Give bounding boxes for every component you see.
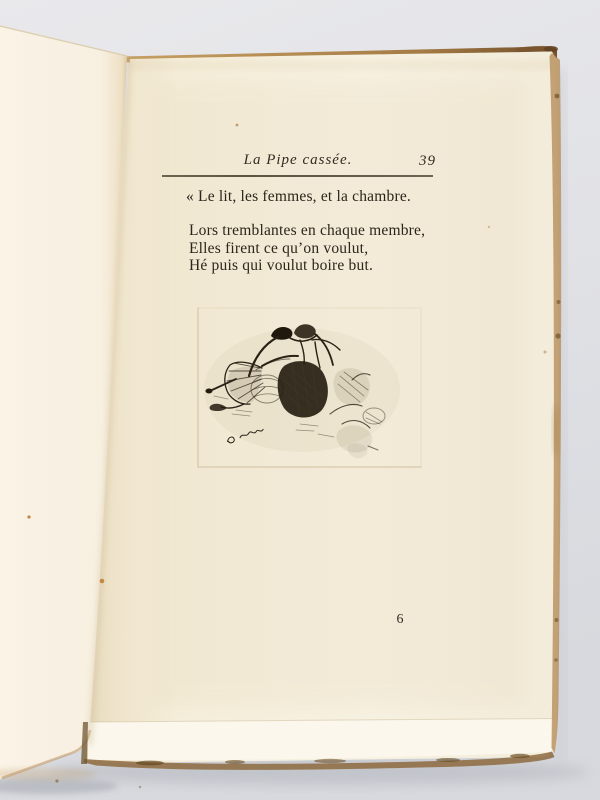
stanza-line: Elles firent ce qu’on voulut,	[189, 240, 425, 258]
gathering-mark: 6	[391, 612, 409, 628]
under-pages-strip	[87, 719, 554, 761]
header-rule	[162, 175, 433, 177]
stanza-line: Lors tremblantes en chaque membre,	[189, 222, 425, 240]
stanza: Lors tremblantes en chaque membre, Elles…	[189, 222, 425, 275]
page-number: 39	[408, 153, 436, 170]
stanza-line: Hé puis qui voulut boire but.	[189, 257, 425, 275]
book-photo: La Pipe cassée. 39 « Le lit, les femmes,…	[0, 0, 600, 800]
book-and-etching	[0, 0, 600, 800]
running-header: La Pipe cassée.	[162, 152, 434, 169]
verse-line-quote: « Le lit, les femmes, et la chambre.	[186, 188, 411, 206]
